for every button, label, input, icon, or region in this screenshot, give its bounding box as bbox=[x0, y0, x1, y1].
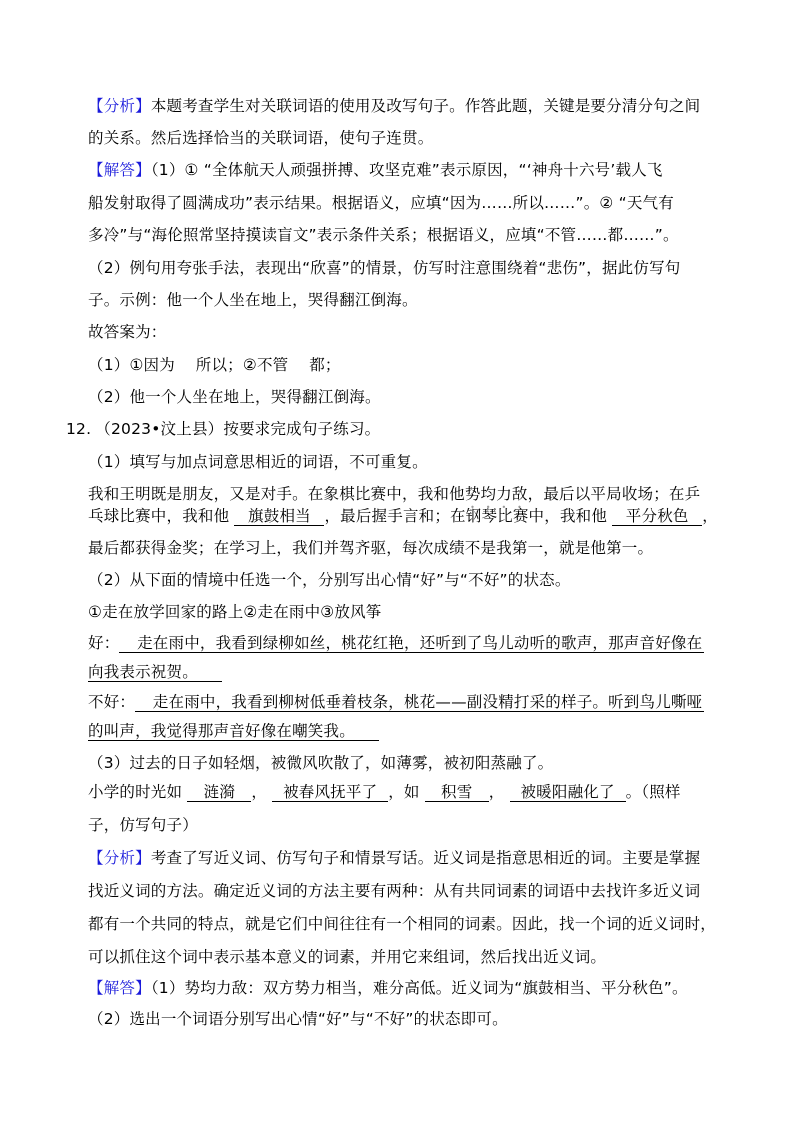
q12-answer-line-1: 【解答】（1）势均力敌：双方势力相当，难分高低。近义词为“旗鼓相当、平分秋色”。 bbox=[88, 977, 688, 999]
text: 我和王明既是朋友，又是对手。在象棋比赛中，我和他 bbox=[88, 485, 465, 503]
q12-part2-options: ①走在放学回家的路上②走在雨中③放风筝 bbox=[88, 601, 382, 623]
good-mood-line-1: 好： 走在雨中，我看到绿柳如丝，桃花红艳，还听到了鸟儿动听的歌声，那声音好像在 bbox=[88, 632, 704, 654]
analysis-tag: 【分析】 bbox=[88, 97, 151, 115]
text: 小学的时光如 bbox=[88, 783, 182, 801]
text: （1）势均力敌：双方势力相当，难分高低。近义词为“旗鼓相当、平分秋色”。 bbox=[151, 979, 688, 997]
q12-answer-line-2: （2）选出一个词语分别写出心情“好”与“不好”的状态即可。 bbox=[88, 1008, 508, 1030]
text: ， bbox=[702, 507, 718, 525]
text: ，最后以平局收场；在乒 bbox=[528, 485, 701, 503]
answer-blank-5: 积雪 bbox=[425, 783, 489, 802]
q12-part1-line-2: 乓球比赛中，我和他 旗鼓相当，最后握手言和；在钢琴比赛中，我和他 平分秋色， bbox=[88, 505, 718, 527]
answer-blank-6: 被暖阳融化了 bbox=[510, 783, 626, 802]
q12-analysis-line-2: 找近义词的方法。确定近义词的方法主要有两种：从有共同词素的词语中去找许多近义词 bbox=[88, 880, 700, 902]
text: ， bbox=[489, 783, 505, 801]
answer-blank-2: 平分秋色 bbox=[612, 507, 702, 526]
good-label: 好： bbox=[88, 634, 119, 652]
q11-answer-line-2: 船发射取得了圆满成功”表示结果。根据语义，应填“因为……所以……”。② “天气有 bbox=[88, 192, 674, 214]
document-page: 【分析】本题考查学生对关联词语的使用及改写句子。作答此题，关键是要分清分句之间 … bbox=[0, 0, 794, 1123]
q12-part3-line-2: 子，仿写句子） bbox=[88, 814, 198, 836]
q12-part3-prompt: （3）过去的日子如轻烟，被微风吹散了，如薄雾，被初阳蒸融了。 bbox=[88, 752, 553, 774]
q11-answer-line-3: 多冷”与“海伦照常坚持摸读盲文”表示条件关系；根据语义，应填“不管……都……”。 bbox=[88, 224, 679, 246]
so-answer-label: 故答案为： bbox=[88, 321, 167, 343]
q12-heading: 12.（2023•汶上县）按要求完成句子练习。 bbox=[66, 418, 380, 440]
q12-analysis-line-1: 【分析】考查了写近义词、仿写句子和情景写话。近义词是指意思相近的词。主要是掌握 bbox=[88, 847, 700, 869]
question-number: 12. bbox=[66, 420, 91, 438]
q12-part1-line-3: 最后都获得金奖；在学习上，我们并驾齐驱，每次成绩不是我第一，就是他第一。 bbox=[88, 537, 653, 559]
answer-tag: 【解答】 bbox=[88, 979, 151, 997]
analysis-tag: 【分析】 bbox=[88, 849, 151, 867]
dotted-word: 势均力敌 bbox=[465, 485, 528, 503]
q11-final-answer-1: （1）①因为 所以；②不管 都； bbox=[88, 354, 341, 376]
text: ， bbox=[251, 783, 267, 801]
text: 考查了写近义词、仿写句子和情景写话。近义词是指意思相近的词。主要是掌握 bbox=[151, 849, 701, 867]
good-answer-cont: 向我表示祝贺。 bbox=[88, 663, 222, 682]
answer-blank-1: 旗鼓相当 bbox=[234, 507, 324, 526]
question-source: （2023•汶上县）按要求完成句子练习。 bbox=[95, 420, 380, 438]
bad-answer: 走在雨中，我看到柳树低垂着枝条，桃花——副没精打采的样子。听到鸟儿嘶哑 bbox=[135, 693, 704, 712]
q11-analysis-line-1: 【分析】本题考查学生对关联词语的使用及改写句子。作答此题，关键是要分清分句之间 bbox=[88, 95, 700, 117]
bad-mood-line-2: 的叫声，我觉得那声音好像在嘲笑我。 bbox=[88, 720, 379, 742]
text: 乓球比赛中，我和他 bbox=[88, 507, 229, 525]
text: 。（照样 bbox=[626, 783, 681, 801]
text: ，最后握手言和；在钢琴比赛中，我和他 bbox=[324, 507, 607, 525]
q11-final-answer-2: （2）他一个人坐在地上，哭得翻江倒海。 bbox=[88, 386, 381, 408]
good-mood-line-2: 向我表示祝贺。 bbox=[88, 661, 222, 683]
good-answer: 走在雨中，我看到绿柳如丝，桃花红艳，还听到了鸟儿动听的歌声，那声音好像在 bbox=[119, 634, 704, 653]
q12-analysis-line-4: 可以抓住这个词中表示基本意义的词素，并用它来组词，然后找出近义词。 bbox=[88, 946, 606, 968]
text: ，如 bbox=[388, 783, 419, 801]
q11-answer-line-5: 子。示例：他一个人坐在地上，哭得翻江倒海。 bbox=[88, 289, 418, 311]
q11-answer-line-1: 【解答】（1）① “全体航天人顽强拼搏、攻坚克难”表示原因，“‘神舟十六号’载人… bbox=[88, 159, 663, 181]
q11-answer-line-4: （2）例句用夸张手法，表现出“欣喜”的情景，仿写时注意围绕着“悲伤”，据此仿写句 bbox=[88, 257, 680, 279]
answer-blank-3: 涟漪 bbox=[187, 783, 251, 802]
bad-mood-line-1: 不好： 走在雨中，我看到柳树低垂着枝条，桃花——副没精打采的样子。听到鸟儿嘶哑 bbox=[88, 691, 704, 713]
q12-part2-prompt: （2）从下面的情境中任选一个，分别写出心情“好”与“不好”的状态。 bbox=[88, 569, 571, 591]
q11-analysis-line-2: 的关系。然后选择恰当的关联词语，使句子连贯。 bbox=[88, 127, 433, 149]
answer-tag: 【解答】 bbox=[88, 161, 151, 179]
q12-part1-prompt: （1）填写与加点词意思相近的词语，不可重复。 bbox=[88, 451, 428, 473]
q12-analysis-line-3: 都有一个共同的特点，就是它们中间往往有一个相同的词素。因此，找一个词的近义词时， bbox=[88, 913, 716, 935]
text: （1）① “全体航天人顽强拼搏、攻坚克难”表示原因，“‘神舟十六号’载人飞 bbox=[151, 161, 663, 179]
text: 本题考查学生对关联词语的使用及改写句子。作答此题，关键是要分清分句之间 bbox=[151, 97, 701, 115]
bad-label: 不好： bbox=[88, 693, 135, 711]
answer-blank-4: 被春风抚平了 bbox=[272, 783, 388, 802]
bad-answer-cont: 的叫声，我觉得那声音好像在嘲笑我。 bbox=[88, 722, 379, 741]
q12-part3-line-1: 小学的时光如 涟漪， 被春风抚平了，如 积雪， 被暖阳融化了。（照样 bbox=[88, 781, 681, 803]
